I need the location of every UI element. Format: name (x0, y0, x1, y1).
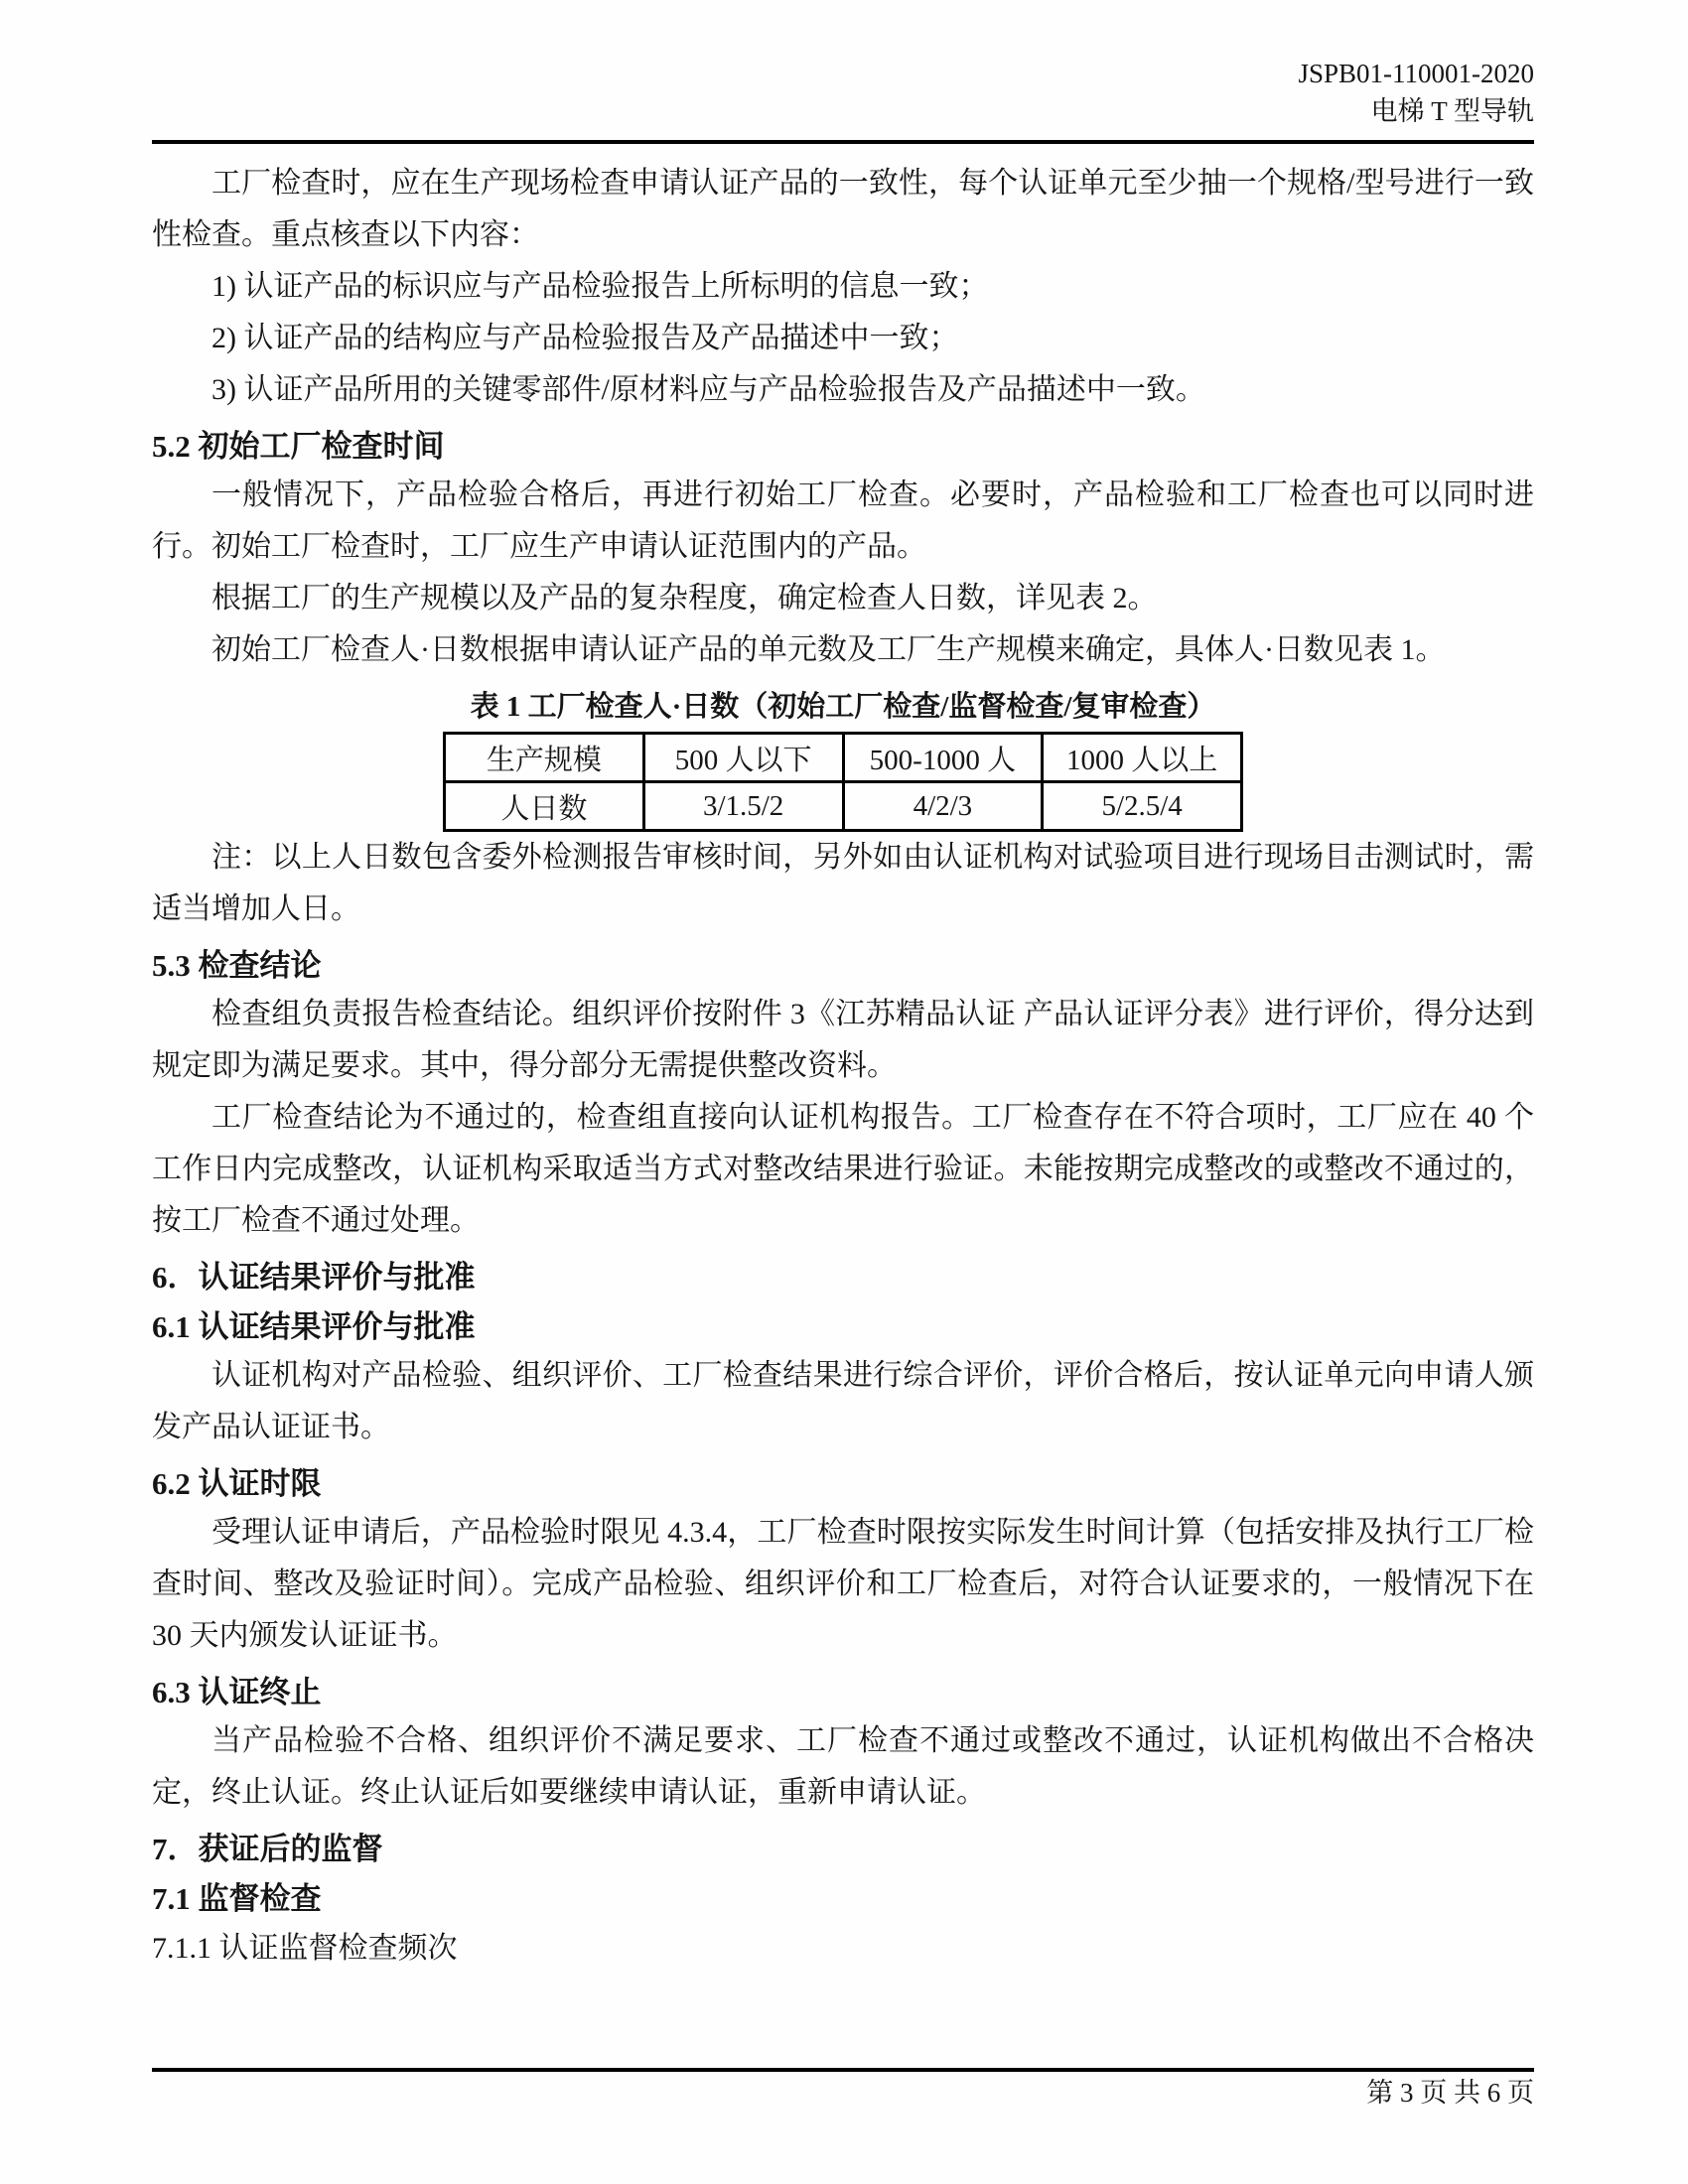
table1-header-cell-over1000: 1000 人以上 (1043, 734, 1242, 782)
table1-title: 表 1 工厂检查人·日数（初始工厂检查/监督检查/复审检查） (152, 688, 1534, 726)
heading-7-1: 7.1 监督检查 (152, 1880, 1534, 1918)
page-footer: 第 3 页 共 6 页 (152, 2068, 1534, 2111)
s61-paragraph-1: 认证机构对产品检验、组织评价、工厂检查结果进行综合评价，评价合格后，按认证单元向… (152, 1350, 1534, 1453)
table1-data-cell-500to1000: 4/2/3 (843, 782, 1043, 831)
intro-list-item-3: 3) 认证产品所用的关键零部件/原材料应与产品检验报告及产品描述中一致。 (152, 364, 1534, 416)
table1: 生产规模 500 人以下 500-1000 人 1000 人以上 人日数 3/1… (443, 732, 1243, 832)
heading-6-2: 6.2 认证时限 (152, 1465, 1534, 1503)
table1-data-cell-label: 人日数 (445, 782, 644, 831)
table1-data-row: 人日数 3/1.5/2 4/2/3 5/2.5/4 (445, 782, 1242, 831)
page-content: JSPB01-110001-2020 电梯 T 型导轨 工厂检查时，应在生产现场… (152, 55, 1534, 1972)
table1-header-row: 生产规模 500 人以下 500-1000 人 1000 人以上 (445, 734, 1242, 782)
s63-paragraph-1: 当产品检验不合格、组织评价不满足要求、工厂检查不通过或整改不通过，认证机构做出不… (152, 1715, 1534, 1819)
page-header: JSPB01-110001-2020 电梯 T 型导轨 (152, 55, 1534, 130)
table1-header-cell-scale: 生产规模 (445, 734, 644, 782)
s52-paragraph-2: 根据工厂的生产规模以及产品的复杂程度，确定检查人日数，详见表 2。 (152, 573, 1534, 624)
heading-7-1-1: 7.1.1 认证监督检查频次 (152, 1930, 1534, 1968)
intro-list-item-1: 1) 认证产品的标识应与产品检验报告上所标明的信息一致； (152, 261, 1534, 313)
s53-paragraph-2: 工厂检查结论为不通过的，检查组直接向认证机构报告。工厂检查存在不符合项时，工厂应… (152, 1092, 1534, 1247)
s62-paragraph-1: 受理认证申请后，产品检验时限见 4.3.4，工厂检查时限按实际发生时间计算（包括… (152, 1507, 1534, 1662)
s52-paragraph-3: 初始工厂检查人·日数根据申请认证产品的单元数及工厂生产规模来确定，具体人·日数见… (152, 624, 1534, 676)
intro-paragraph: 工厂检查时，应在生产现场检查申请认证产品的一致性，每个认证单元至少抽一个规格/型… (152, 158, 1534, 261)
s53-paragraph-1: 检查组负责报告检查结论。组织评价按附件 3《江苏精品认证 产品认证评分表》进行评… (152, 989, 1534, 1092)
heading-5-3: 5.3 检查结论 (152, 947, 1534, 985)
page-number: 第 3 页 共 6 页 (152, 2072, 1534, 2111)
document-page: JSPB01-110001-2020 电梯 T 型导轨 工厂检查时，应在生产现场… (0, 0, 1688, 2184)
heading-7: 7．获证后的监督 (152, 1831, 1534, 1868)
intro-list-item-2: 2) 认证产品的结构应与产品检验报告及产品描述中一致； (152, 313, 1534, 364)
table1-note: 注：以上人日数包含委外检测报告审核时间，另外如由认证机构对试验项目进行现场目击测… (152, 832, 1534, 935)
heading-6-1: 6.1 认证结果评价与批准 (152, 1308, 1534, 1346)
heading-5-2: 5.2 初始工厂检查时间 (152, 428, 1534, 466)
header-rule (152, 140, 1534, 144)
heading-6: 6．认证结果评价与批准 (152, 1259, 1534, 1297)
table1-data-cell-over1000: 5/2.5/4 (1043, 782, 1242, 831)
doc-number: JSPB01-110001-2020 (152, 55, 1534, 92)
table1-header-cell-under500: 500 人以下 (643, 734, 843, 782)
s52-paragraph-1: 一般情况下，产品检验合格后，再进行初始工厂检查。必要时，产品检验和工厂检查也可以… (152, 470, 1534, 573)
heading-6-3: 6.3 认证终止 (152, 1674, 1534, 1711)
table1-data-cell-under500: 3/1.5/2 (643, 782, 843, 831)
table1-header-cell-500to1000: 500-1000 人 (843, 734, 1043, 782)
doc-subject: 电梯 T 型导轨 (152, 92, 1534, 130)
